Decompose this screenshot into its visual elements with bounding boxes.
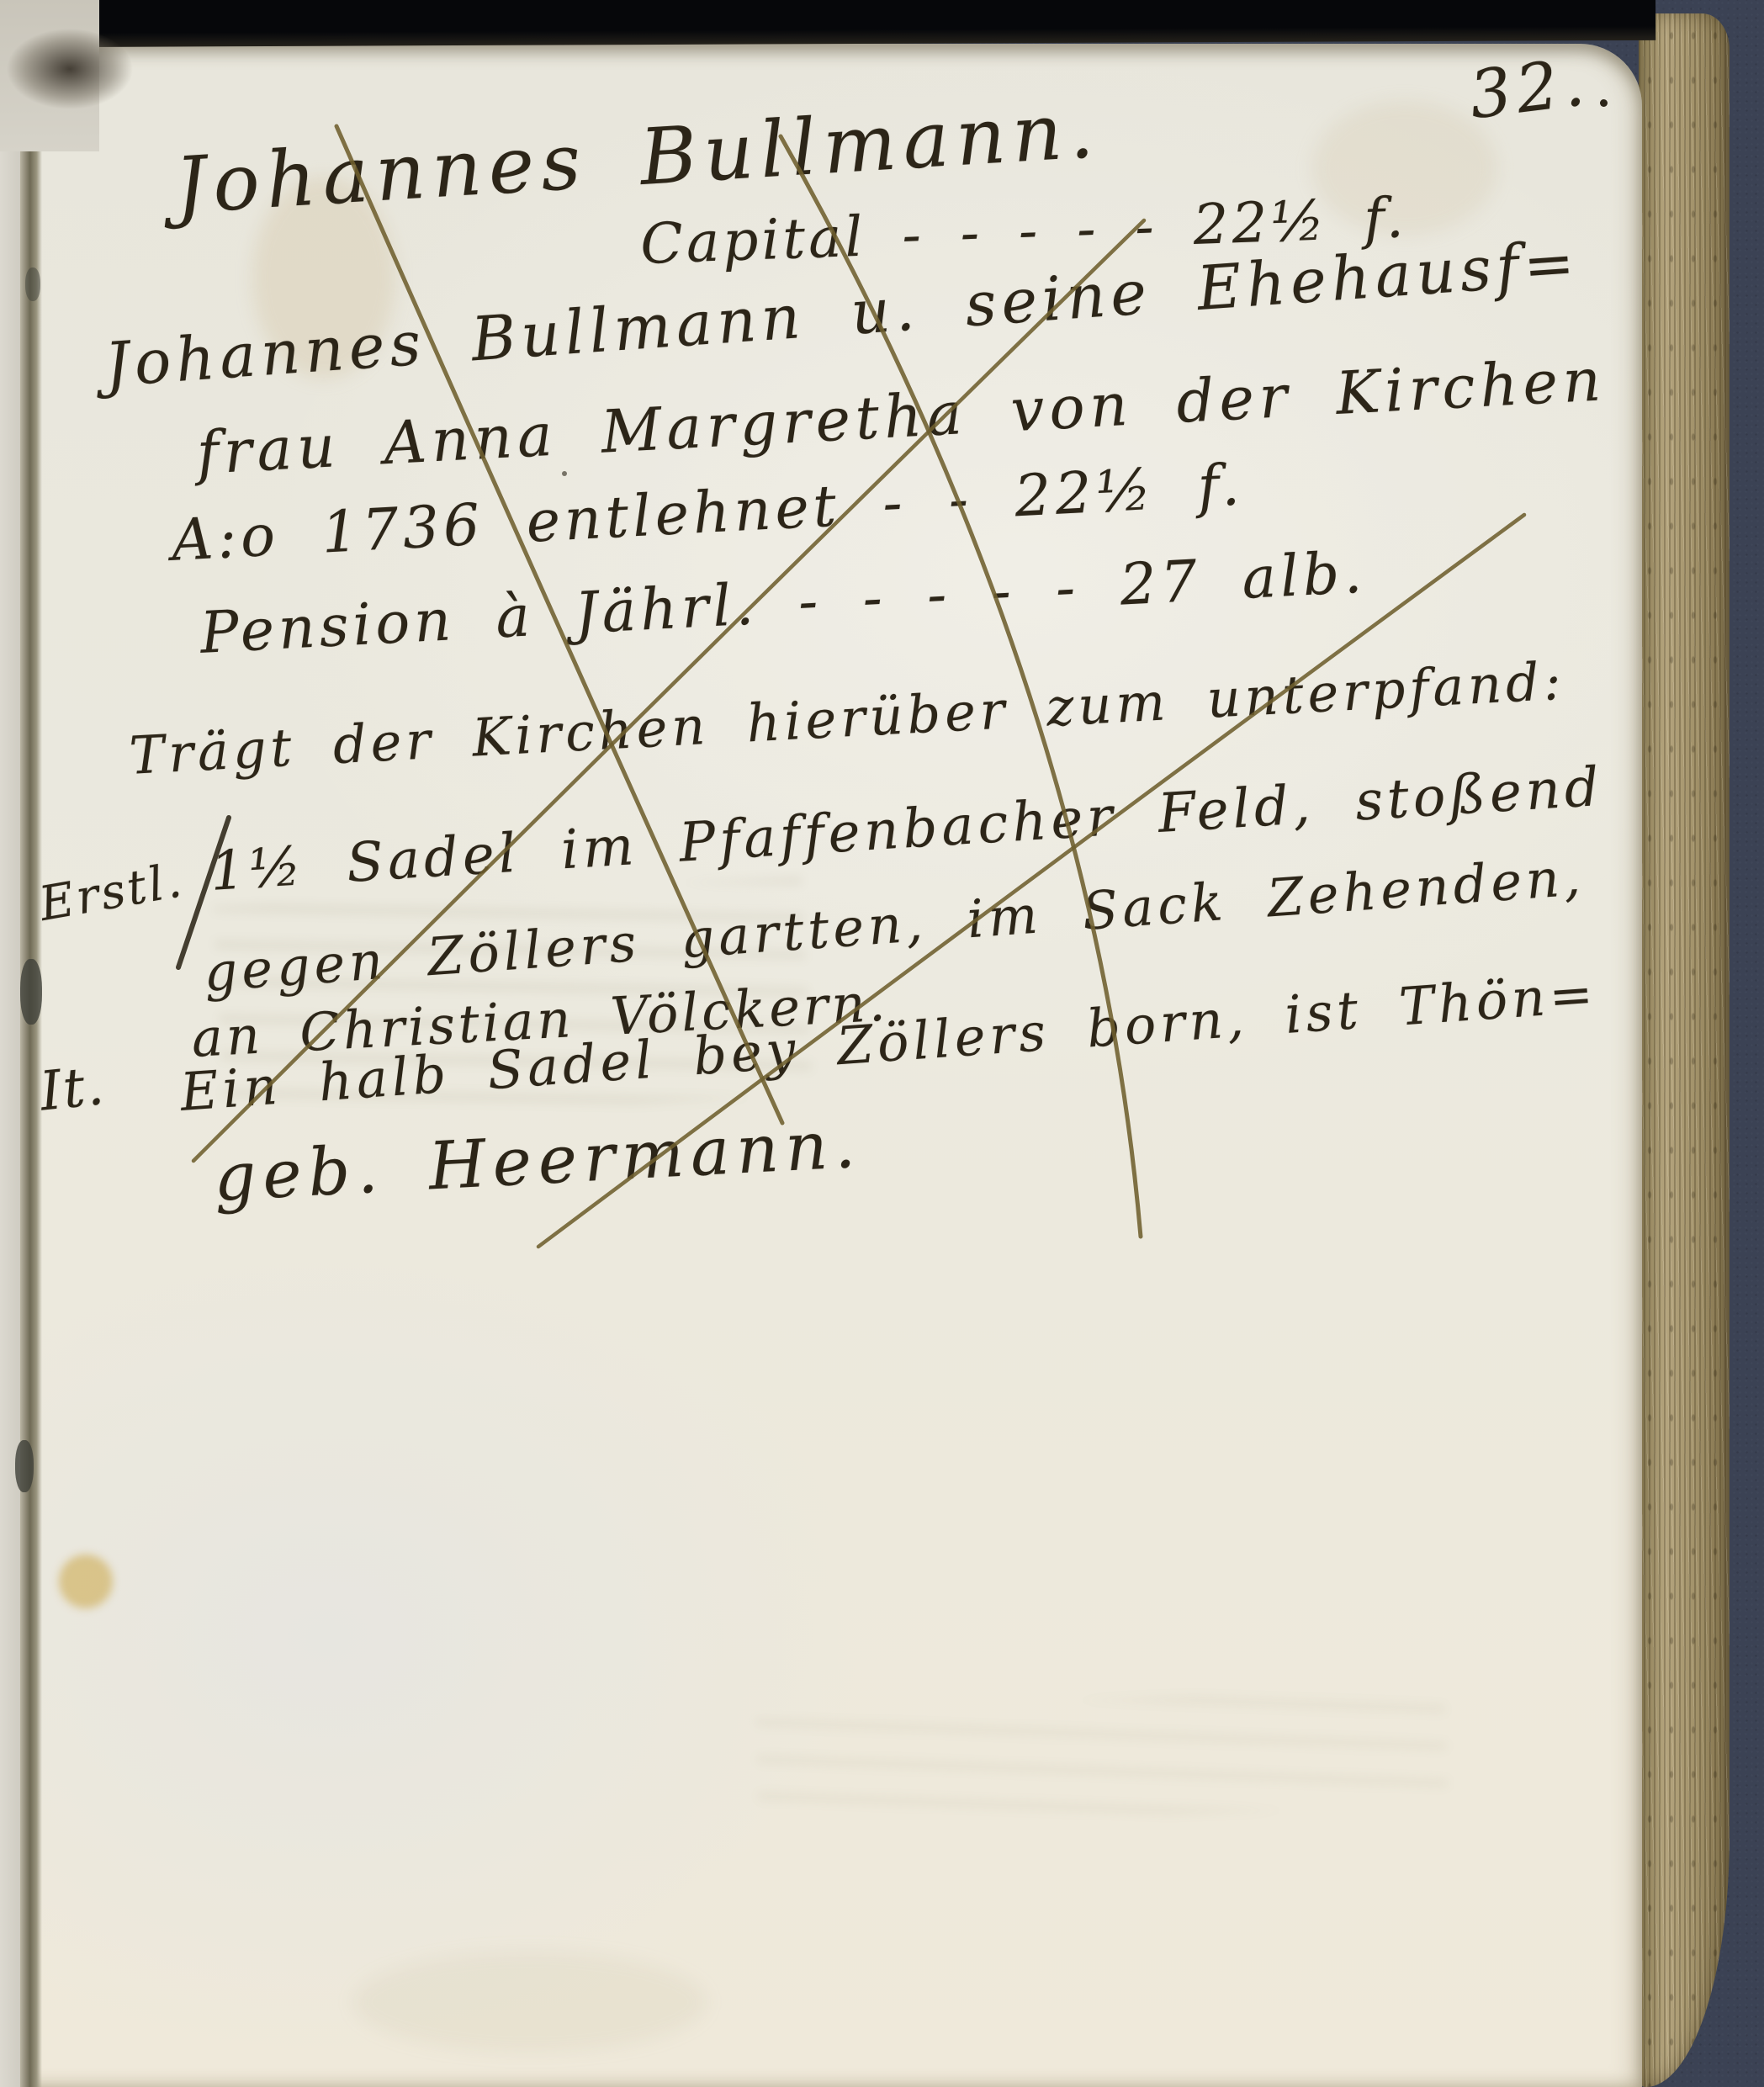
manuscript-scan-page: 32. Johannes Bullmann. Capital - - - - -… — [0, 0, 1764, 2087]
gutter-blob — [25, 267, 40, 301]
page-block — [1639, 13, 1730, 2087]
tape-damage-blob — [7, 29, 133, 109]
facing-page-sliver — [0, 44, 20, 2087]
fore-edge-specks — [1639, 13, 1730, 2087]
adjacent-page-edge-top — [0, 0, 99, 151]
book-fore-edge — [1632, 0, 1764, 2087]
book-top-shadow — [77, 0, 1655, 47]
page-number: 32. — [1465, 45, 1593, 135]
gutter-blob — [20, 959, 42, 1025]
gutter-blob — [15, 1440, 34, 1492]
margin-label-item: It. — [37, 1055, 109, 1124]
ink-speck — [562, 471, 567, 476]
ink-speck — [1600, 99, 1608, 107]
